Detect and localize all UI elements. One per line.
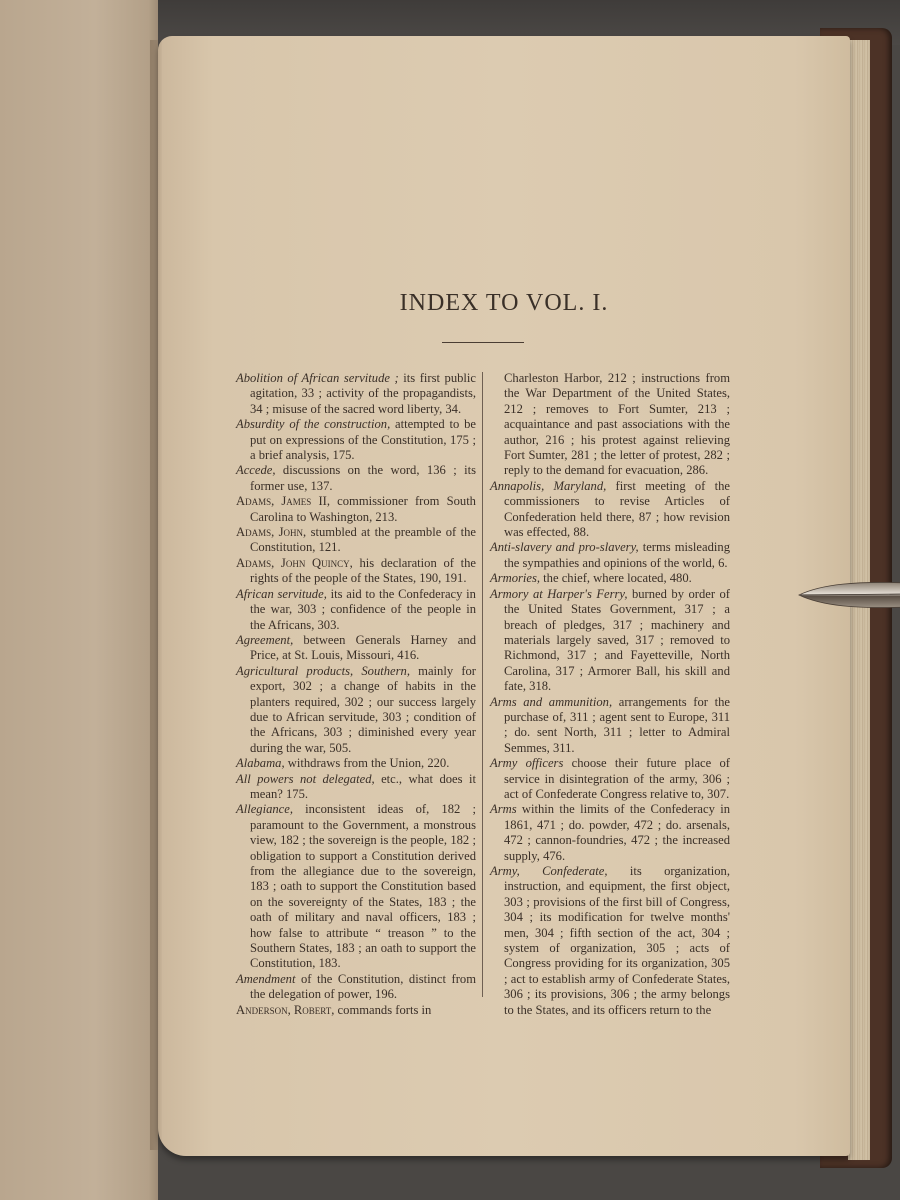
index-heading: Army officers bbox=[490, 756, 563, 770]
index-text: burned by order of the United States Gov… bbox=[504, 587, 730, 693]
column-divider bbox=[482, 372, 483, 997]
index-heading: African servitude, bbox=[236, 587, 327, 601]
index-heading: All powers not delegated, bbox=[236, 772, 375, 786]
index-heading: Agreement, bbox=[236, 633, 293, 647]
index-entry: Adams, James II, commissioner from South… bbox=[236, 494, 476, 525]
index-text: within the limits of the Confederacy in … bbox=[504, 802, 730, 862]
index-entry: Agreement, between Generals Harney and P… bbox=[236, 633, 476, 664]
index-text: commands forts in bbox=[334, 1003, 431, 1017]
index-heading: Absurdity of the construction, bbox=[236, 417, 390, 431]
index-heading: Anderson, Robert, bbox=[236, 1003, 334, 1017]
index-entry: Anti-slavery and pro-slavery, terms misl… bbox=[490, 540, 730, 571]
index-entry: Alabama, withdraws from the Union, 220. bbox=[236, 756, 476, 771]
left-page bbox=[0, 0, 158, 1200]
index-entry: Arms within the limits of the Confederac… bbox=[490, 802, 730, 864]
index-heading: Armories, bbox=[490, 571, 540, 585]
index-text: its organization, instruction, and equip… bbox=[504, 864, 730, 1017]
index-heading: Annapolis, Maryland, bbox=[490, 479, 606, 493]
index-entry: Anderson, Robert, commands forts in bbox=[236, 1003, 476, 1018]
index-text: the chief, where located, 480. bbox=[540, 571, 692, 585]
index-heading: Agricultural products, Southern, bbox=[236, 664, 410, 678]
index-heading: Anti-slavery and pro-slavery, bbox=[490, 540, 639, 554]
index-heading: Allegiance, bbox=[236, 802, 293, 816]
index-heading: Abolition of African servitude ; bbox=[236, 371, 399, 385]
index-entry: Adams, John Quincy, his declaration of t… bbox=[236, 556, 476, 587]
index-entry: Absurdity of the construction, attempted… bbox=[236, 417, 476, 463]
index-entry: Charleston Harbor, 212 ; instructions fr… bbox=[490, 371, 730, 479]
index-entry: Allegiance, inconsistent ideas of, 182 ;… bbox=[236, 802, 476, 971]
page-title: INDEX TO VOL. I. bbox=[158, 290, 850, 317]
index-heading: Arms bbox=[490, 802, 517, 816]
index-heading: Amendment bbox=[236, 972, 295, 986]
index-entry: Annapolis, Maryland, first meeting of th… bbox=[490, 479, 730, 541]
index-heading: Arms and ammunition, bbox=[490, 695, 612, 709]
index-text: Charleston Harbor, 212 ; instructions fr… bbox=[504, 371, 730, 477]
index-entry: All powers not delegated, etc., what doe… bbox=[236, 772, 476, 803]
index-entry: Army officers choose their future place … bbox=[490, 756, 730, 802]
title-rule bbox=[442, 342, 524, 343]
index-text: withdraws from the Union, 220. bbox=[285, 756, 450, 770]
index-heading: Alabama, bbox=[236, 756, 285, 770]
index-text: discussions on the word, 136 ; its forme… bbox=[250, 463, 476, 492]
index-entry: Adams, John, stumbled at the preamble of… bbox=[236, 525, 476, 556]
book-gutter bbox=[150, 40, 162, 1150]
index-entry: Army, Confederate, its organization, ins… bbox=[490, 864, 730, 1018]
index-heading: Adams, John Quincy, bbox=[236, 556, 353, 570]
index-entry: African servitude, its aid to the Confed… bbox=[236, 587, 476, 633]
index-entry: Abolition of African servitude ; its fir… bbox=[236, 371, 476, 417]
index-entry: Armory at Harper's Ferry, burned by orde… bbox=[490, 587, 730, 695]
index-heading: Accede, bbox=[236, 463, 276, 477]
index-heading: Armory at Harper's Ferry, bbox=[490, 587, 627, 601]
index-entry: Amendment of the Constitution, distinct … bbox=[236, 972, 476, 1003]
index-entry: Armories, the chief, where located, 480. bbox=[490, 571, 730, 586]
index-column-right: Charleston Harbor, 212 ; instructions fr… bbox=[490, 371, 730, 1018]
index-column-left: Abolition of African servitude ; its fir… bbox=[236, 371, 476, 1018]
metal-page-marker-icon bbox=[797, 578, 900, 612]
index-entry: Accede, discussions on the word, 136 ; i… bbox=[236, 463, 476, 494]
index-entry: Arms and ammunition, arrangements for th… bbox=[490, 695, 730, 757]
index-heading: Adams, John, bbox=[236, 525, 306, 539]
index-heading: Adams, James II, bbox=[236, 494, 330, 508]
index-heading: Army, Confederate, bbox=[490, 864, 608, 878]
index-text: inconsistent ideas of, 182 ; paramount t… bbox=[250, 802, 476, 970]
index-entry: Agricultural products, Southern, mainly … bbox=[236, 664, 476, 756]
